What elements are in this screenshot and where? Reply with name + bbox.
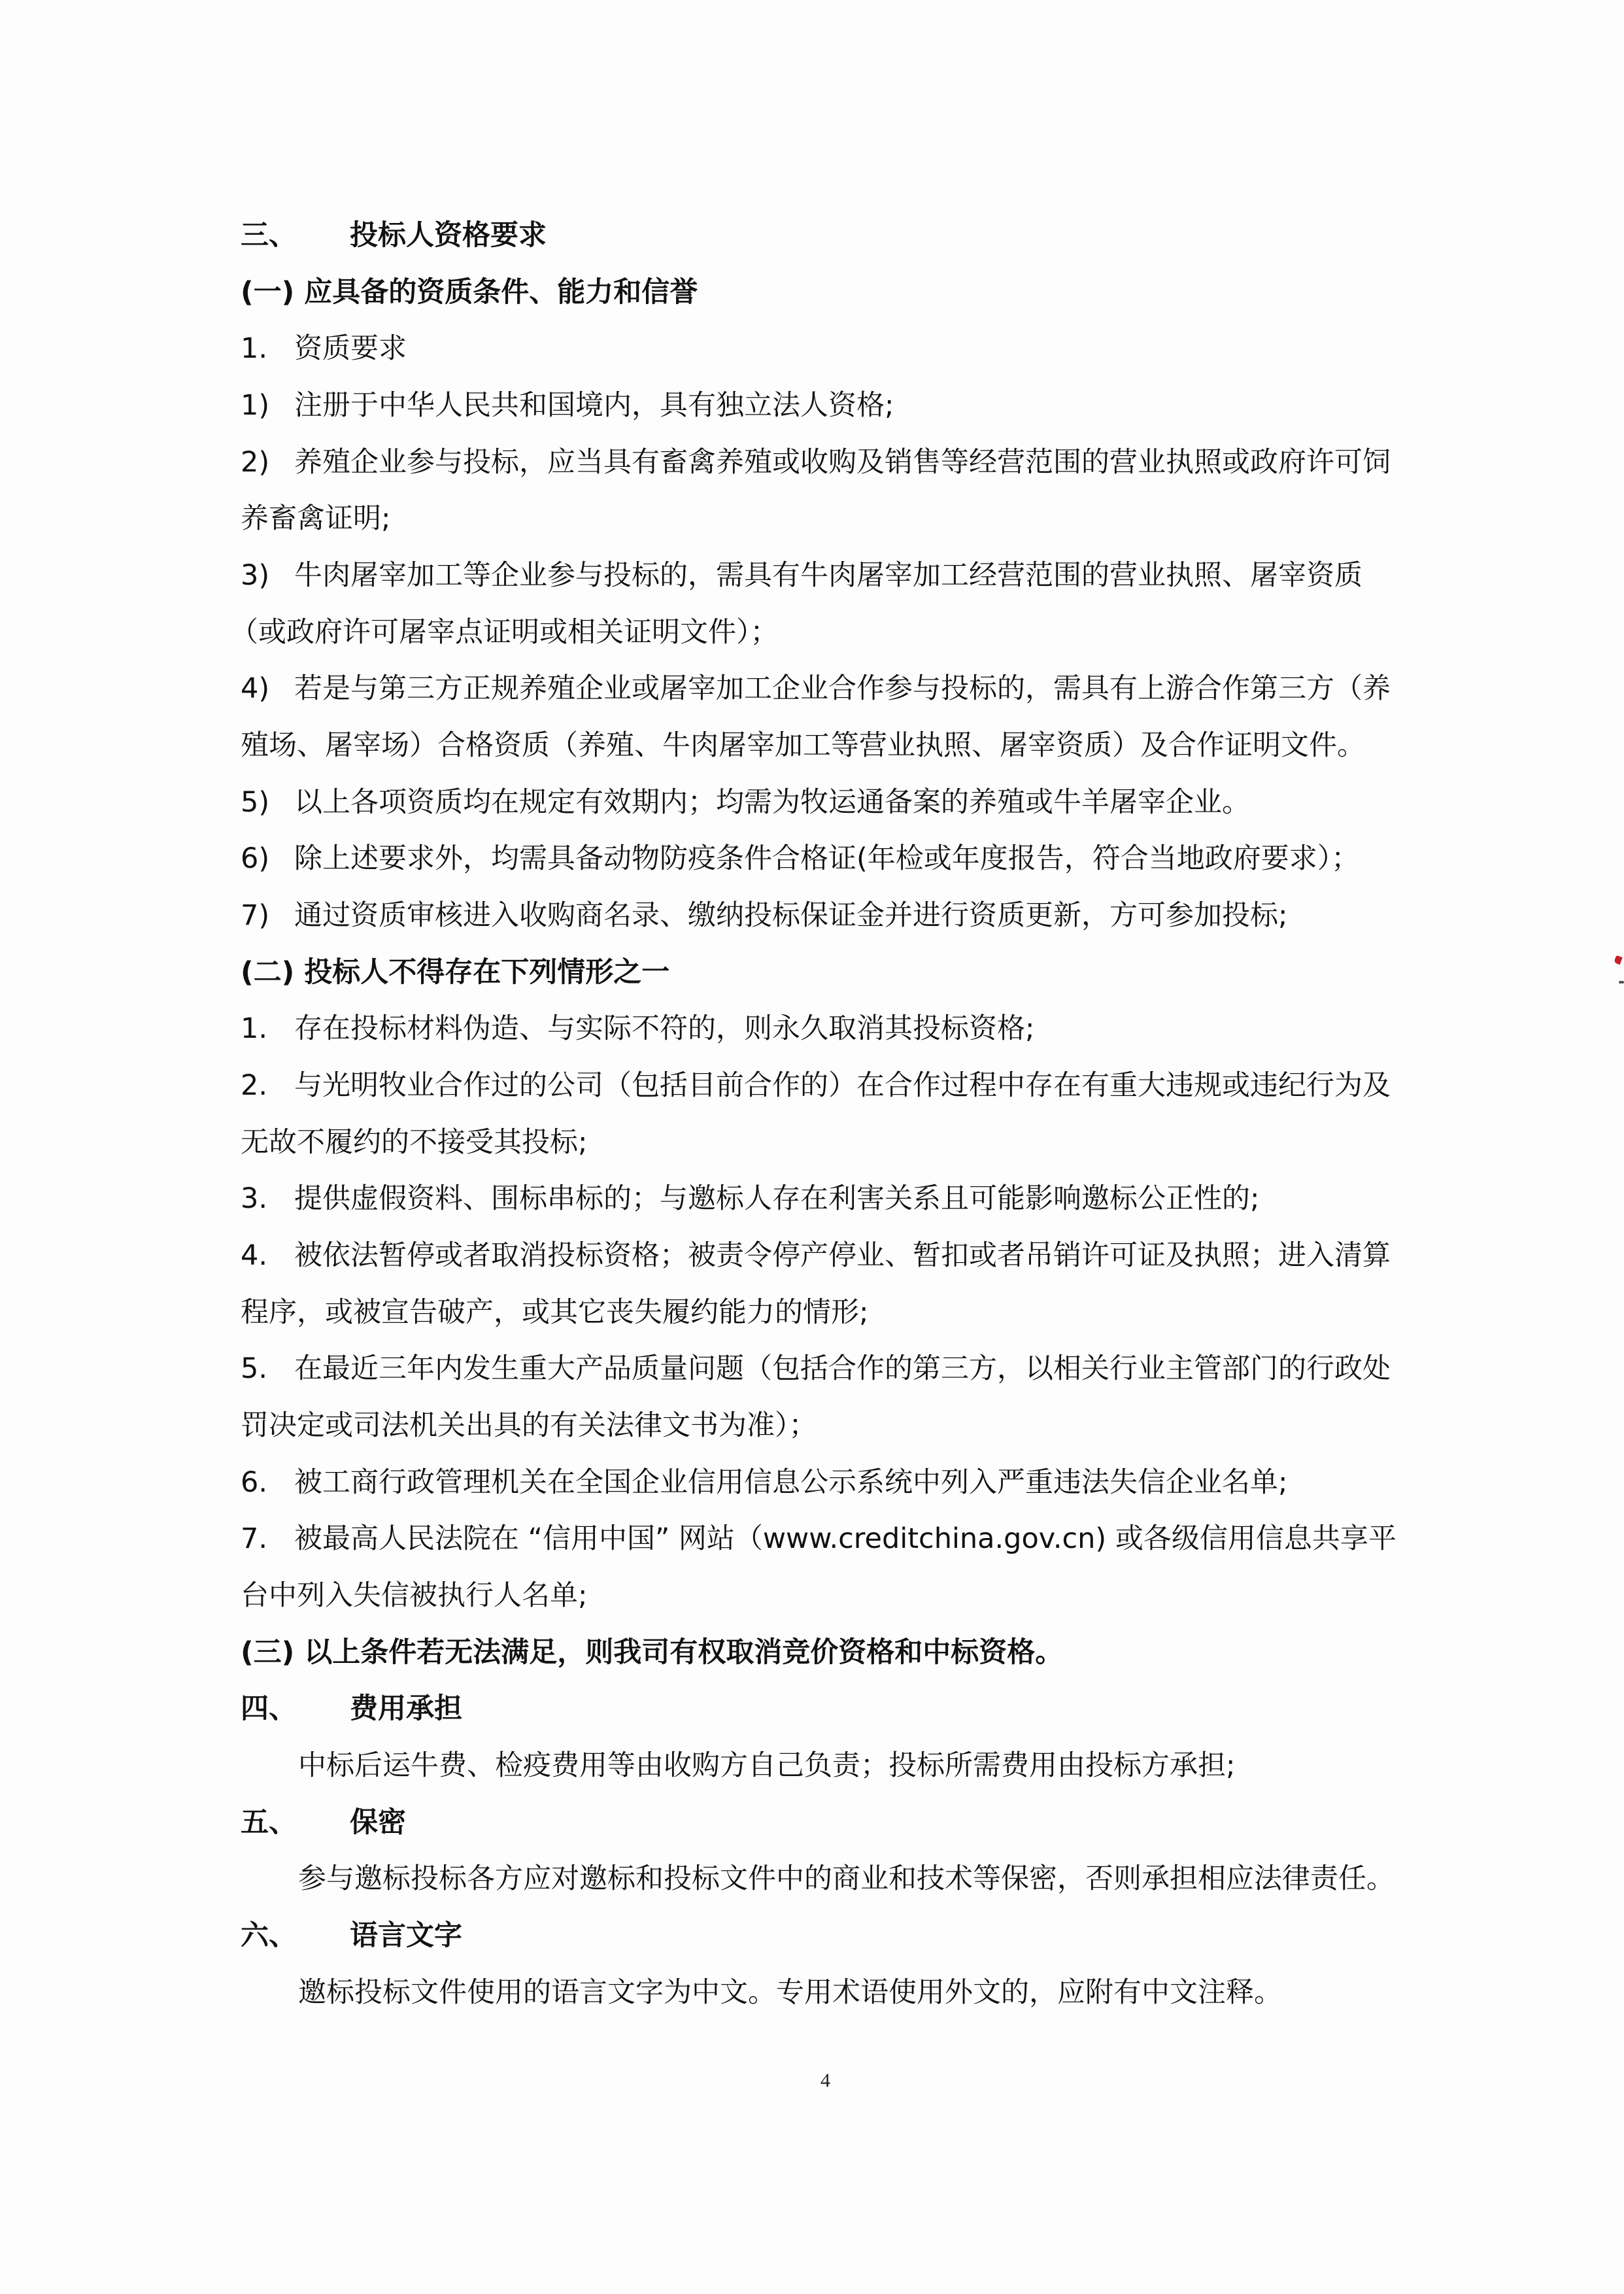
item-number: 7) bbox=[241, 887, 269, 944]
list-item-continuation: 程序，或被宣告破产，或其它丧失履约能力的情形; bbox=[0, 1284, 1624, 1341]
item-number: 1. bbox=[241, 320, 267, 377]
section-heading-4: 四、 费用承担 bbox=[0, 1681, 1624, 1738]
item-text-continued: （或政府许可屠宰点证明或相关证明文件）； bbox=[230, 604, 779, 661]
item-number: 5) bbox=[241, 774, 269, 831]
subsection-heading-2: (二) 投标人不得存在下列情形之一 bbox=[0, 944, 1624, 1001]
item-number: 3. bbox=[241, 1171, 267, 1227]
section-heading-5: 五、 保密 bbox=[0, 1794, 1624, 1851]
list-item-continuation: （或政府许可屠宰点证明或相关证明文件）； bbox=[0, 604, 1624, 661]
list-item: 1. 资质要求 bbox=[0, 320, 1624, 377]
item-number: 3) bbox=[241, 547, 269, 604]
item-text: 若是与第三方正规养殖企业或屠宰加工企业合作参与投标的，需具有上游合作第三方（养 bbox=[294, 660, 1391, 717]
subsection-heading-text: (二) 投标人不得存在下列情形之一 bbox=[241, 944, 669, 1001]
item-text-continued: 罚决定或司法机关出具的有关法律文书为准）； bbox=[241, 1397, 817, 1454]
item-number: 4) bbox=[241, 660, 269, 717]
list-item: 1. 存在投标材料伪造、与实际不符的，则永久取消其投标资格; bbox=[0, 1001, 1624, 1057]
item-text: 通过资质审核进入收购商名录、缴纳投标保证金并进行资质更新，方可参加投标; bbox=[294, 887, 1288, 944]
item-number: 4. bbox=[241, 1227, 267, 1284]
list-item: 1) 注册于中华人民共和国境内，具有独立法人资格; bbox=[0, 377, 1624, 434]
item-text: 养殖企业参与投标，应当具有畜禽养殖或收购及销售等经营范围的营业执照或政府许可饲 bbox=[294, 434, 1391, 491]
item-number: 2) bbox=[241, 434, 269, 491]
item-number: 2. bbox=[241, 1057, 267, 1114]
section-number: 三、 bbox=[241, 207, 297, 264]
item-text-continued: 殖场、屠宰场）合格资质（养殖、牛肉屠宰加工等营业执照、屠宰资质）及合作证明文件。 bbox=[241, 717, 1365, 774]
list-item: 2. 与光明牧业合作过的公司（包括目前合作的）在合作过程中存在有重大违规或违纪行… bbox=[0, 1057, 1624, 1114]
item-number: 1. bbox=[241, 1001, 267, 1057]
item-text: 在最近三年内发生重大产品质量问题（包括合作的第三方，以相关行业主管部门的行政处 bbox=[294, 1341, 1391, 1397]
section-heading-3: 三、 投标人资格要求 bbox=[0, 207, 1624, 264]
section-number: 六、 bbox=[241, 1908, 297, 1964]
item-text: 与光明牧业合作过的公司（包括目前合作的）在合作过程中存在有重大违规或违纪行为及 bbox=[294, 1057, 1391, 1114]
list-item-continuation: 养畜禽证明; bbox=[0, 490, 1624, 547]
list-item: 3. 提供虚假资料、围标串标的；与邀标人存在利害关系且可能影响邀标公正性的; bbox=[0, 1171, 1624, 1227]
item-number: 7. bbox=[241, 1511, 267, 1567]
paragraph-fees: 中标后运牛费、检疫费用等由收购方自己负责；投标所需费用由投标方承担; bbox=[0, 1738, 1624, 1794]
subsection-heading-text: (三) 以上条件若无法满足，则我司有权取消竞价资格和中标资格。 bbox=[241, 1624, 1063, 1681]
item-text: 资质要求 bbox=[294, 320, 407, 377]
section-number: 四、 bbox=[241, 1681, 297, 1738]
section-title: 费用承担 bbox=[350, 1681, 462, 1738]
item-number: 6) bbox=[241, 830, 269, 887]
paragraph-text: 邀标投标文件使用的语言文字为中文。专用术语使用外文的，应附有中文注释。 bbox=[298, 1964, 1282, 2021]
list-item: 5. 在最近三年内发生重大产品质量问题（包括合作的第三方，以相关行业主管部门的行… bbox=[0, 1341, 1624, 1397]
paragraph-text: 中标后运牛费、检疫费用等由收购方自己负责；投标所需费用由投标方承担; bbox=[298, 1738, 1236, 1794]
item-text-continued: 养畜禽证明; bbox=[241, 490, 391, 547]
item-text: 以上各项资质均在规定有效期内；均需为牧运通备案的养殖或牛羊屠宰企业。 bbox=[294, 774, 1250, 831]
list-item-continuation: 台中列入失信被执行人名单; bbox=[0, 1567, 1624, 1624]
item-text-continued: 台中列入失信被执行人名单; bbox=[241, 1567, 588, 1624]
section-heading-6: 六、 语言文字 bbox=[0, 1908, 1624, 1964]
section-title: 保密 bbox=[350, 1794, 406, 1851]
item-text: 除上述要求外，均需具备动物防疫条件合格证(年检或年度报告，符合当地政府要求）； bbox=[294, 830, 1359, 887]
document-page: 三、 投标人资格要求 (一) 应具备的资质条件、能力和信誉 1. 资质要求 1)… bbox=[0, 0, 1624, 2294]
paragraph-language: 邀标投标文件使用的语言文字为中文。专用术语使用外文的，应附有中文注释。 bbox=[0, 1964, 1624, 2021]
list-item-continuation: 无故不履约的不接受其投标; bbox=[0, 1114, 1624, 1171]
item-text: 存在投标材料伪造、与实际不符的，则永久取消其投标资格; bbox=[294, 1001, 1035, 1057]
list-item: 4. 被依法暂停或者取消投标资格；被责令停产停业、暂扣或者吊销许可证及执照；进入… bbox=[0, 1227, 1624, 1284]
item-text: 注册于中华人民共和国境内，具有独立法人资格; bbox=[294, 377, 894, 434]
item-text: 牛肉屠宰加工等企业参与投标的，需具有牛肉屠宰加工经营范围的营业执照、屠宰资质 bbox=[294, 547, 1362, 604]
section-number: 五、 bbox=[241, 1794, 297, 1851]
item-text: 被最高人民法院在 “信用中国” 网站（www.creditchina.gov.c… bbox=[294, 1511, 1396, 1567]
item-text: 被依法暂停或者取消投标资格；被责令停产停业、暂扣或者吊销许可证及执照；进入清算 bbox=[294, 1227, 1391, 1284]
subsection-heading-3: (三) 以上条件若无法满足，则我司有权取消竞价资格和中标资格。 bbox=[0, 1624, 1624, 1681]
list-item: 4) 若是与第三方正规养殖企业或屠宰加工企业合作参与投标的，需具有上游合作第三方… bbox=[0, 660, 1624, 717]
item-number: 6. bbox=[241, 1454, 267, 1511]
item-text: 被工商行政管理机关在全国企业信用信息公示系统中列入严重违法失信企业名单; bbox=[294, 1454, 1288, 1511]
list-item-continuation: 殖场、屠宰场）合格资质（养殖、牛肉屠宰加工等营业执照、屠宰资质）及合作证明文件。 bbox=[0, 717, 1624, 774]
scan-mark-icon bbox=[1619, 981, 1624, 984]
list-item: 7. 被最高人民法院在 “信用中国” 网站（www.creditchina.go… bbox=[0, 1511, 1624, 1567]
item-text-continued: 程序，或被宣告破产，或其它丧失履约能力的情形; bbox=[241, 1284, 869, 1341]
item-number: 1) bbox=[241, 377, 269, 434]
list-item: 2) 养殖企业参与投标，应当具有畜禽养殖或收购及销售等经营范围的营业执照或政府许… bbox=[0, 434, 1624, 491]
subsection-heading-text: (一) 应具备的资质条件、能力和信誉 bbox=[241, 264, 698, 321]
item-text-continued: 无故不履约的不接受其投标; bbox=[241, 1114, 588, 1171]
page-number: 4 bbox=[820, 2066, 830, 2095]
item-text: 提供虚假资料、围标串标的；与邀标人存在利害关系且可能影响邀标公正性的; bbox=[294, 1171, 1260, 1227]
paragraph-text: 参与邀标投标各方应对邀标和投标文件中的商业和技术等保密，否则承担相应法律责任。 bbox=[298, 1851, 1395, 1908]
item-number: 5. bbox=[241, 1341, 267, 1397]
list-item: 6. 被工商行政管理机关在全国企业信用信息公示系统中列入严重违法失信企业名单; bbox=[0, 1454, 1624, 1511]
list-item-continuation: 罚决定或司法机关出具的有关法律文书为准）； bbox=[0, 1397, 1624, 1454]
subsection-heading-1: (一) 应具备的资质条件、能力和信誉 bbox=[0, 264, 1624, 321]
section-title: 投标人资格要求 bbox=[350, 207, 547, 264]
section-title: 语言文字 bbox=[350, 1908, 462, 1964]
list-item: 5) 以上各项资质均在规定有效期内；均需为牧运通备案的养殖或牛羊屠宰企业。 bbox=[0, 774, 1624, 831]
list-item: 3) 牛肉屠宰加工等企业参与投标的，需具有牛肉屠宰加工经营范围的营业执照、屠宰资… bbox=[0, 547, 1624, 604]
list-item: 7) 通过资质审核进入收购商名录、缴纳投标保证金并进行资质更新，方可参加投标; bbox=[0, 887, 1624, 944]
list-item: 6) 除上述要求外，均需具备动物防疫条件合格证(年检或年度报告，符合当地政府要求… bbox=[0, 830, 1624, 887]
paragraph-confidentiality: 参与邀标投标各方应对邀标和投标文件中的商业和技术等保密，否则承担相应法律责任。 bbox=[0, 1851, 1624, 1908]
